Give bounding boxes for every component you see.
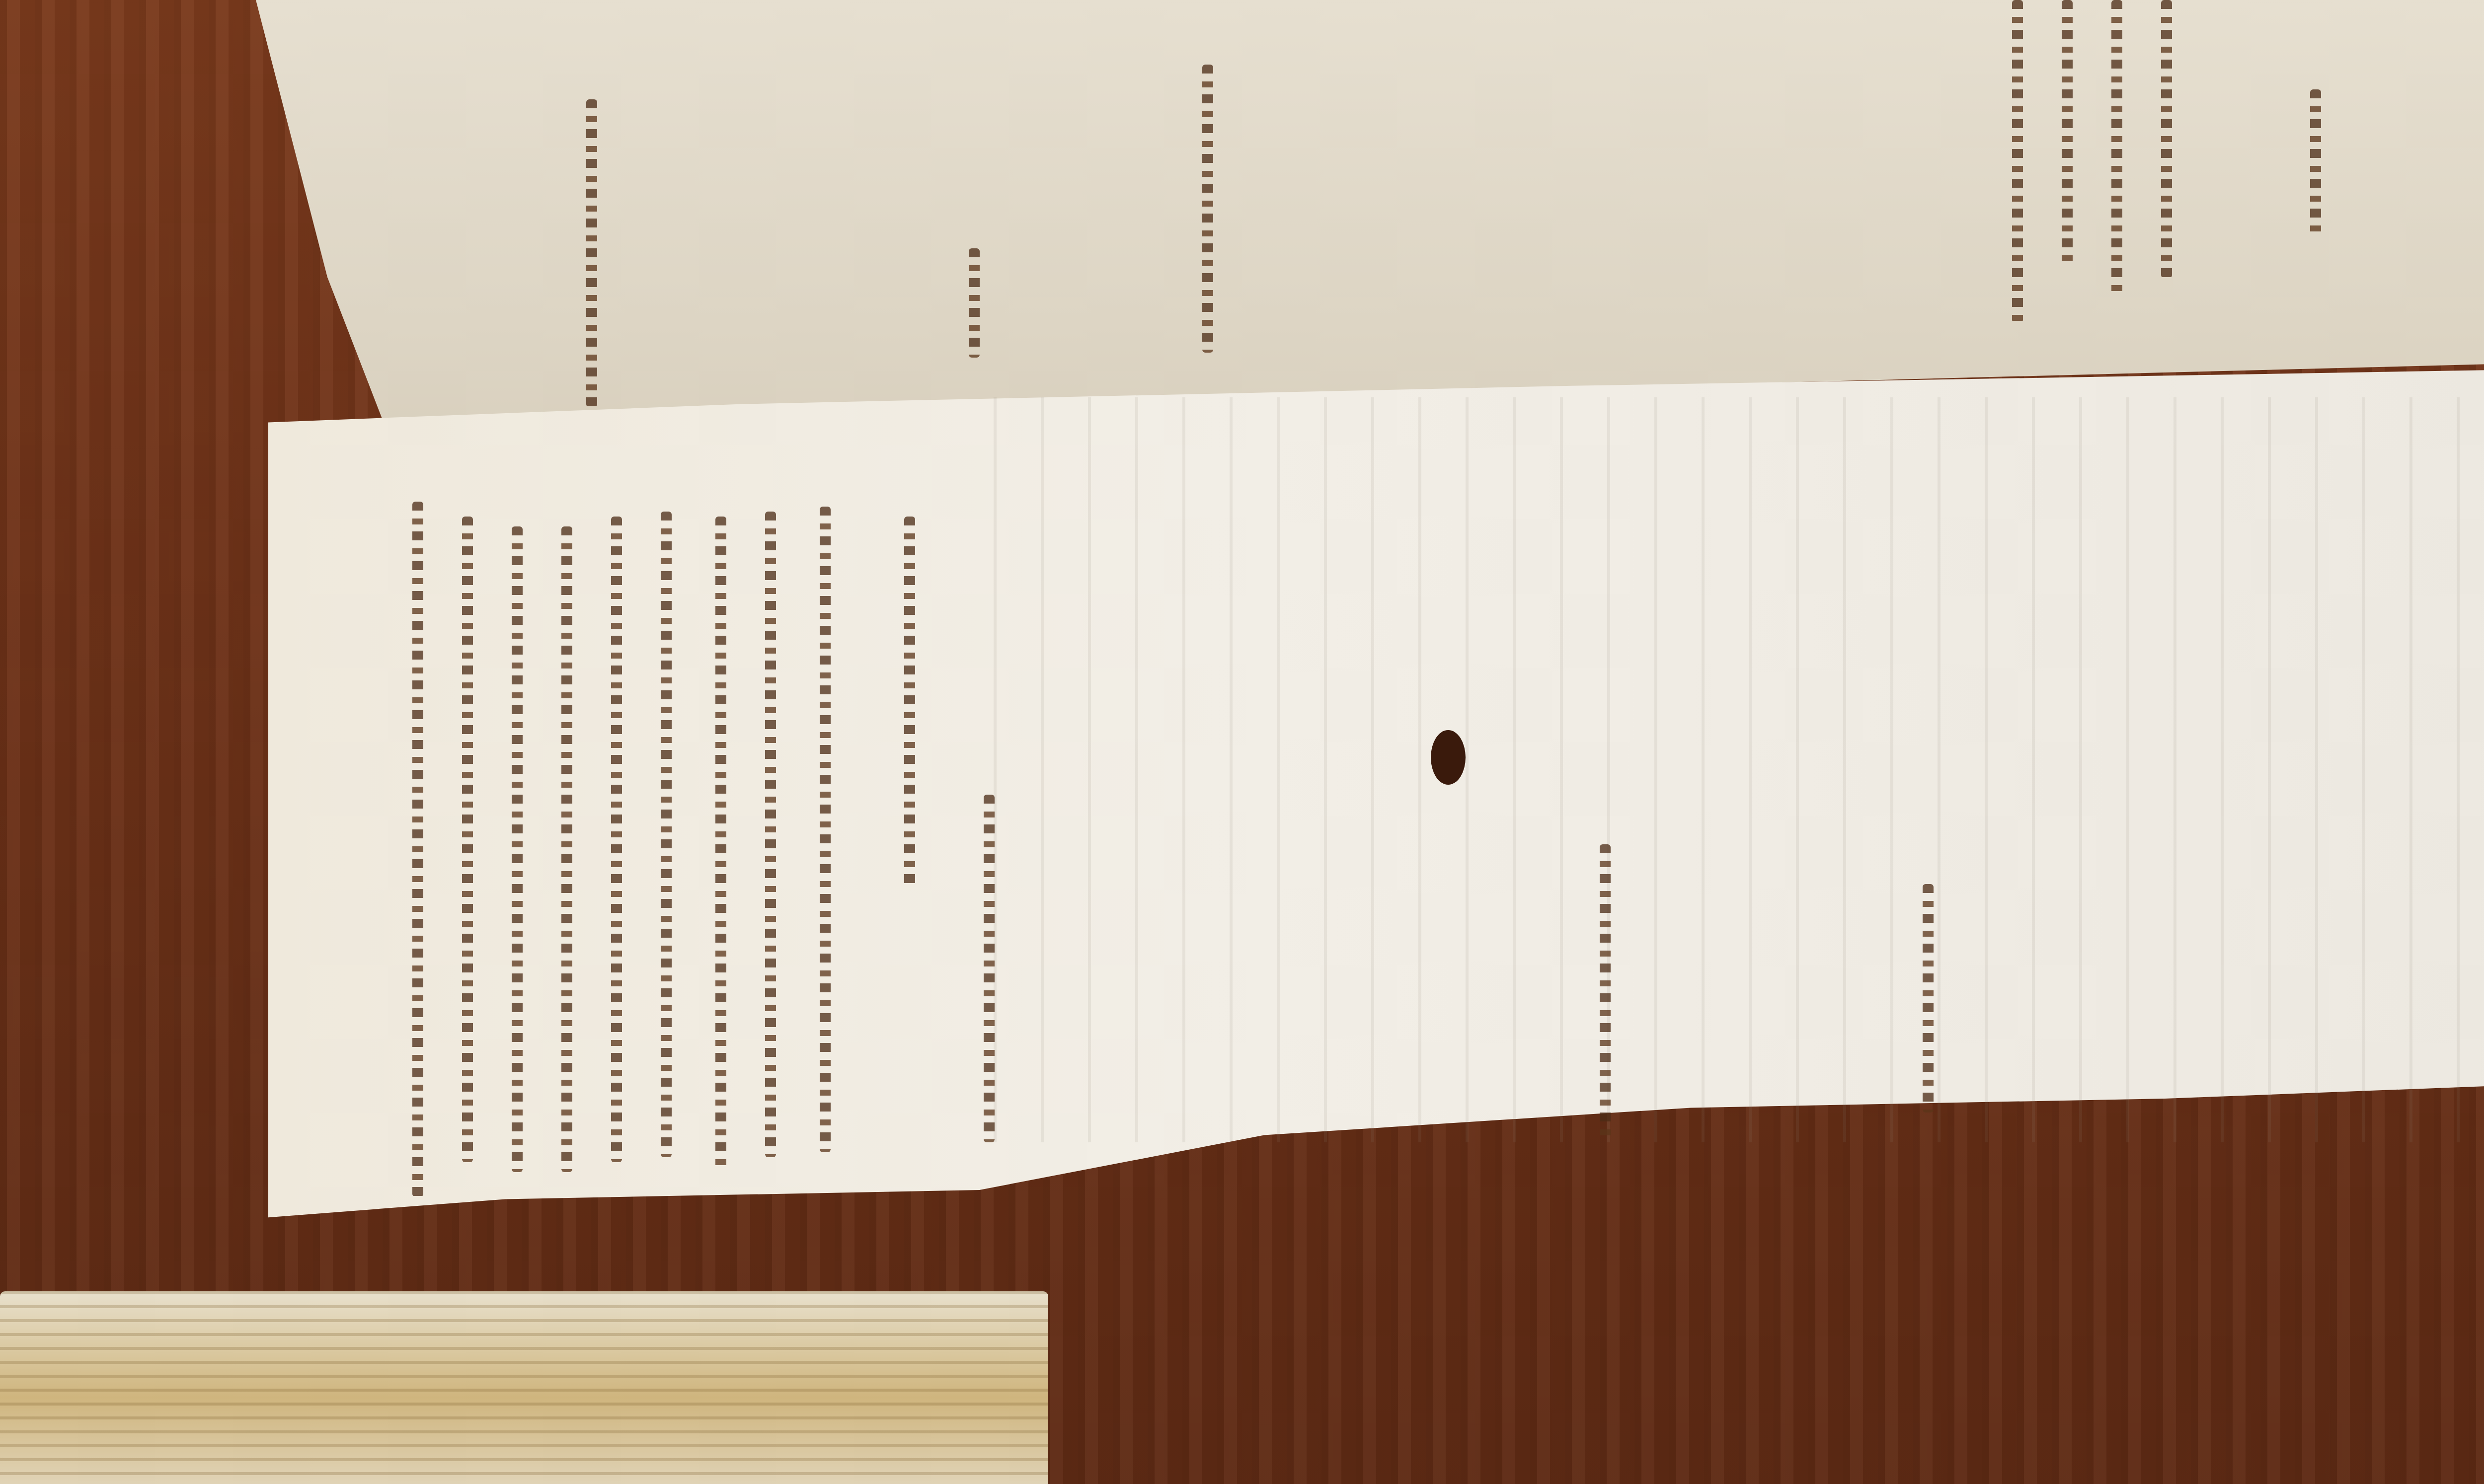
handwriting-column bbox=[611, 517, 622, 1162]
handwriting-column bbox=[512, 526, 523, 1172]
handwriting-column bbox=[2062, 0, 2073, 268]
handwriting-column bbox=[765, 512, 776, 1157]
handwriting-column bbox=[2161, 0, 2172, 278]
aged-paper-stack bbox=[0, 1291, 1048, 1484]
handwriting-column bbox=[586, 99, 597, 407]
handwriting-column bbox=[561, 526, 572, 1172]
handwriting-column bbox=[661, 512, 672, 1157]
handwriting-column bbox=[1202, 65, 1213, 353]
paper-hole bbox=[1431, 730, 1466, 785]
handwriting-column bbox=[412, 502, 423, 1197]
bleed-through-script bbox=[994, 397, 2484, 1142]
handwriting-column bbox=[2012, 0, 2023, 323]
handwriting-column bbox=[715, 517, 726, 1172]
handwriting-column bbox=[2111, 0, 2122, 298]
handwriting-column bbox=[2310, 89, 2321, 238]
handwriting-column bbox=[969, 248, 980, 358]
handwriting-column bbox=[904, 517, 915, 889]
handwriting-column bbox=[820, 507, 831, 1152]
signature bbox=[1600, 844, 1611, 1142]
signature bbox=[1923, 884, 1934, 1113]
handwriting-column bbox=[462, 517, 473, 1162]
handwriting-column bbox=[984, 795, 995, 1142]
